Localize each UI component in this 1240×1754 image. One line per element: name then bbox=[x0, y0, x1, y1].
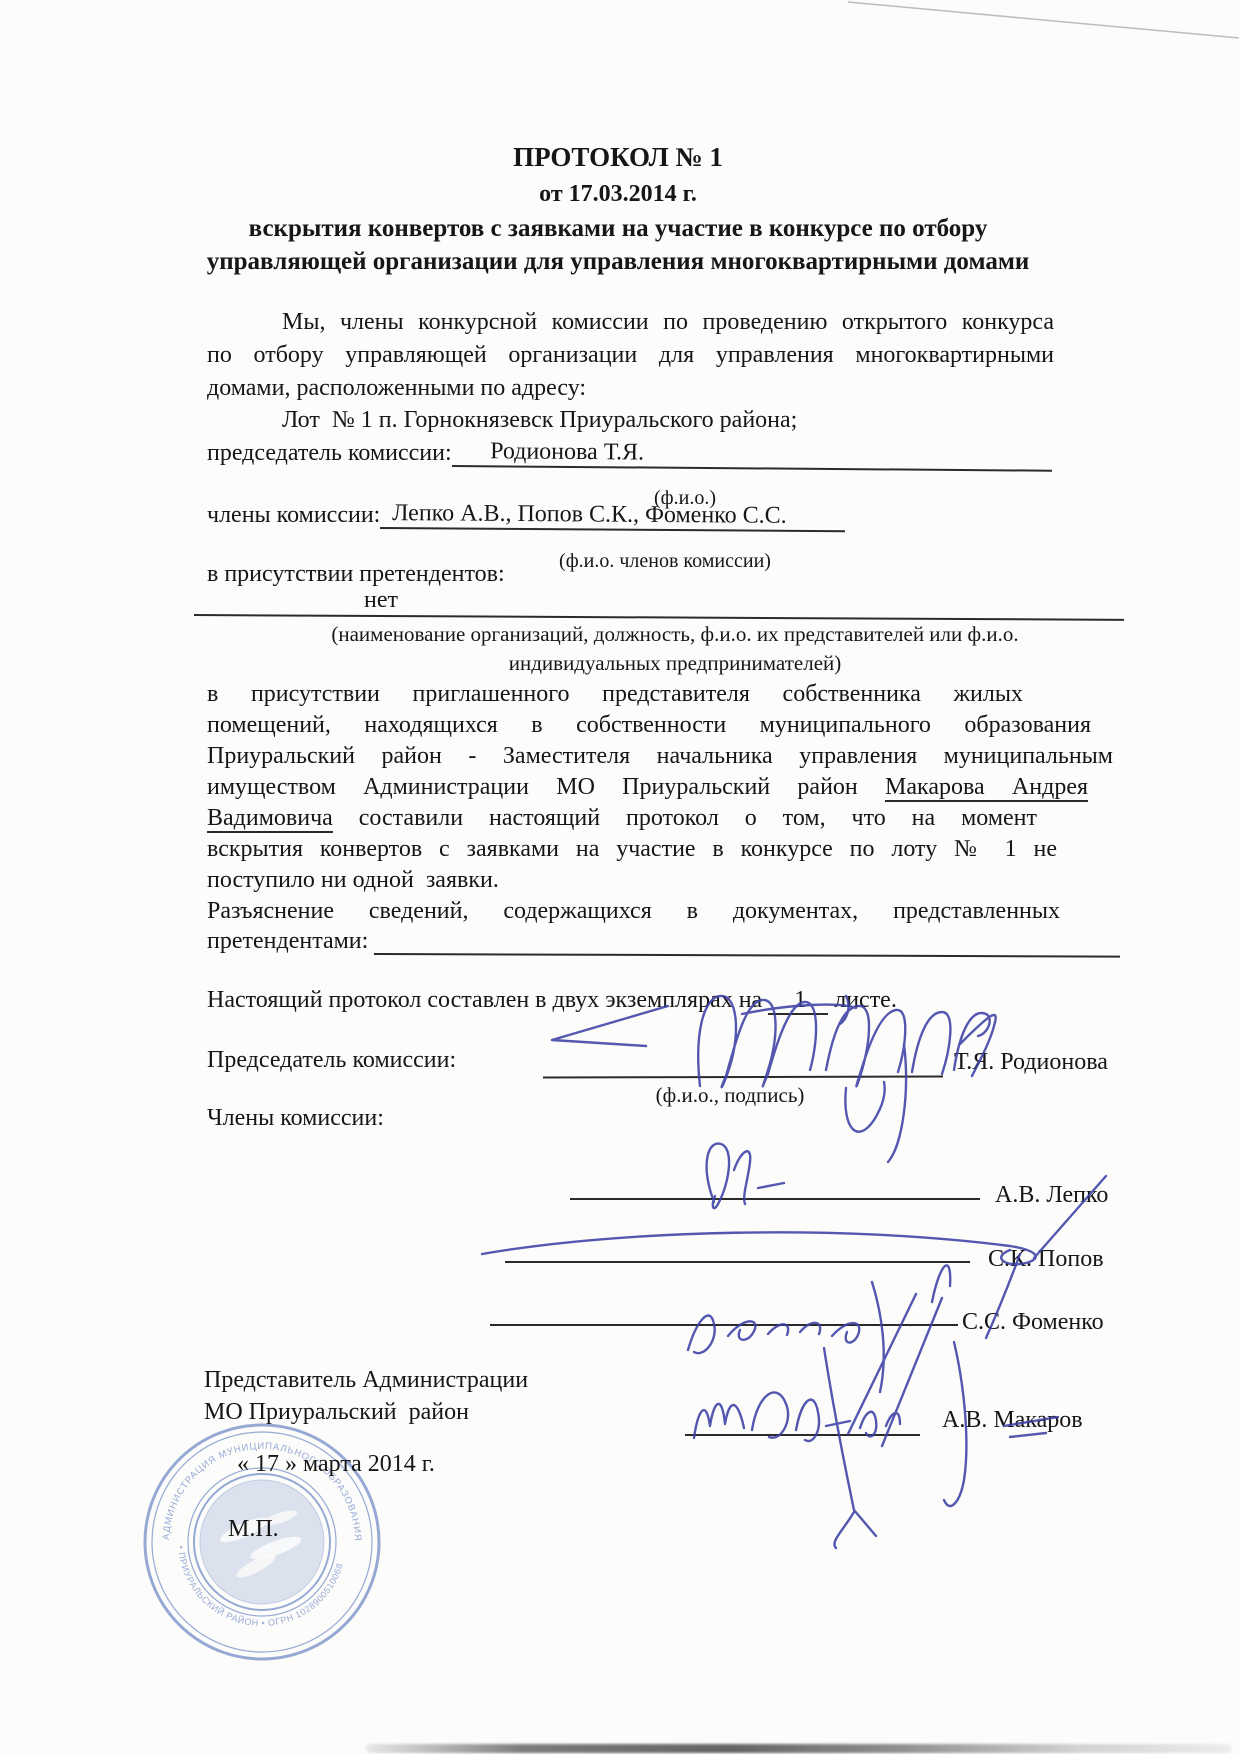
representative-name: А.В. Макаров bbox=[942, 1406, 1083, 1435]
clarification-row: претендентами: bbox=[207, 928, 1120, 955]
signature-makarov bbox=[694, 1342, 1058, 1548]
presence-value: нет bbox=[364, 586, 398, 615]
statement-line-4: имуществом Администрации МО Приуральский… bbox=[207, 773, 1088, 802]
representative-signature-line bbox=[685, 1434, 920, 1436]
clarification-line-1: Разъяснение сведений, содержащихся в док… bbox=[207, 897, 1060, 926]
intro-line-3: домами, расположенными по адресу: bbox=[207, 374, 586, 403]
presence-label: в присутствии претендентов: bbox=[207, 560, 505, 589]
chairman-row: председатель комиссии: Родионова Т.Я. bbox=[207, 438, 1052, 467]
member3-name: С.С. Фоменко bbox=[962, 1308, 1104, 1337]
member1-name: А.В. Лепко bbox=[995, 1181, 1108, 1210]
statement-line-6: вскрытия конвертов с заявками на участие… bbox=[207, 835, 1057, 864]
signing-members-label: Члены комиссии: bbox=[207, 1104, 384, 1133]
chairman-label: председатель комиссии: bbox=[207, 440, 452, 467]
intro-line-2: по отбору управляющей организации для уп… bbox=[207, 341, 1054, 370]
member1-signature-line bbox=[570, 1198, 980, 1200]
chairman-signature-line bbox=[543, 1075, 943, 1078]
clarification-label: претендентами: bbox=[207, 928, 374, 955]
seal-mark: М.П. bbox=[228, 1515, 279, 1544]
presence-caption-2: индивидуальных предпринимателей) bbox=[230, 651, 1120, 677]
chairman-name-field: Родионова Т.Я. bbox=[452, 438, 1053, 472]
statement-line-4-text: имуществом Администрации МО Приуральский… bbox=[207, 774, 885, 800]
page-title: ПРОТОКОЛ № 1 bbox=[0, 141, 1236, 174]
lot-line: Лот № 1 п. Горнокнязевск Приуральского р… bbox=[282, 406, 797, 435]
scan-edge-line bbox=[848, 2, 1239, 38]
statement-line-5: Вадимовича составили настоящий протокол … bbox=[207, 804, 1037, 833]
protocol-date: от 17.03.2014 г. bbox=[0, 180, 1236, 209]
statement-line-7: поступило ни одной заявки. bbox=[207, 866, 499, 895]
representative-label-1: Представитель Администрации bbox=[204, 1366, 528, 1395]
scanned-protocol-page: АДМИНИСТРАЦИЯ МУНИЦИПАЛЬНОГО ОБРАЗОВАНИЯ… bbox=[0, 0, 1240, 1754]
copies-line: Настоящий протокол составлен в двух экзе… bbox=[207, 986, 897, 1015]
invited-representative-name: Макарова Андрея bbox=[885, 774, 1088, 802]
signing-chairman-name: Т.Я. Родионова bbox=[954, 1048, 1108, 1077]
subtitle-line-2: управляющей организации для управления м… bbox=[0, 247, 1236, 278]
statement-line-2: помещений, находящихся в собственности м… bbox=[207, 711, 1091, 740]
members-row: члены комиссии: Лепко А.В., Попов С.К., … bbox=[207, 500, 845, 529]
members-label: члены комиссии: bbox=[207, 502, 380, 529]
member3-signature-line bbox=[490, 1324, 958, 1326]
scan-bottom-smudge bbox=[366, 1744, 1232, 1753]
statement-line-3: Приуральский район - Заместителя начальн… bbox=[207, 742, 1113, 771]
copies-prefix: Настоящий протокол составлен в двух экзе… bbox=[207, 987, 768, 1013]
members-names-field: Лепко А.В., Попов С.К., Фоменко С.С. bbox=[380, 500, 845, 532]
signing-chairman-label: Председатель комиссии: bbox=[207, 1046, 456, 1075]
clarification-blank-field bbox=[374, 953, 1120, 958]
representative-label-2: МО Приуральский район bbox=[204, 1398, 469, 1427]
statement-line-5-text: составили настоящий протокол о том, что … bbox=[333, 805, 1037, 831]
member2-name: С.К. Попов bbox=[988, 1245, 1104, 1274]
member2-signature-line bbox=[505, 1261, 970, 1263]
presence-blank-line bbox=[194, 614, 1124, 621]
presence-caption-1: (наименование организаций, должность, ф.… bbox=[230, 622, 1120, 648]
intro-line-1: Мы, члены конкурсной комиссии по проведе… bbox=[282, 308, 1054, 337]
signature-fomenko bbox=[688, 1265, 950, 1446]
statement-line-1: в присутствии приглашенного представител… bbox=[207, 680, 1023, 709]
signature-rodionova bbox=[552, 996, 996, 1162]
copies-suffix: листе. bbox=[828, 987, 897, 1013]
invited-representative-name-2: Вадимовича bbox=[207, 805, 333, 833]
subtitle-line-1: вскрытия конвертов с заявками на участие… bbox=[0, 214, 1236, 245]
members-fio-caption: (ф.и.о. членов комиссии) bbox=[470, 549, 860, 573]
footer-date: « 17 » марта 2014 г. bbox=[237, 1450, 435, 1479]
signing-caption: (ф.и.о., подпись) bbox=[630, 1083, 830, 1109]
copies-count: 1 bbox=[768, 987, 828, 1015]
